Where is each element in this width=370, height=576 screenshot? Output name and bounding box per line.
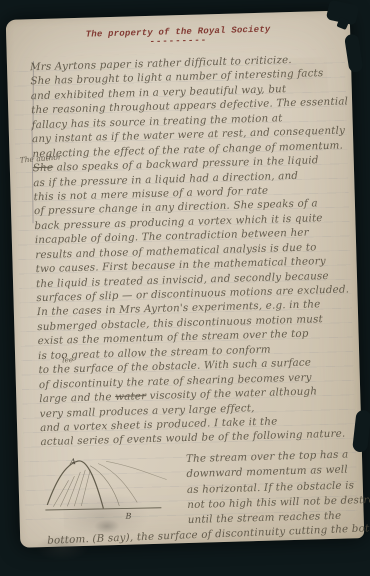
flow-diagram: A B [32,451,176,529]
diagram-label-a: A [69,457,76,466]
manuscript-body: Mrs Ayrtons paper is rather difficult to… [30,51,359,450]
photo-background: The property of the Royal Society ------… [0,0,370,576]
diagram-streamline [106,460,167,482]
insertion-note-lee: lee [62,355,73,364]
diagram-hatching [52,470,91,507]
right-column-text: The stream over the top has adownward mo… [186,447,358,528]
diagram-obstacle-curve [46,460,103,510]
diagram-streamline [90,465,119,507]
manuscript-paper: The property of the Royal Society ------… [6,10,365,547]
diagram-streamline [98,462,137,503]
diagram-label-b: B [124,512,131,521]
